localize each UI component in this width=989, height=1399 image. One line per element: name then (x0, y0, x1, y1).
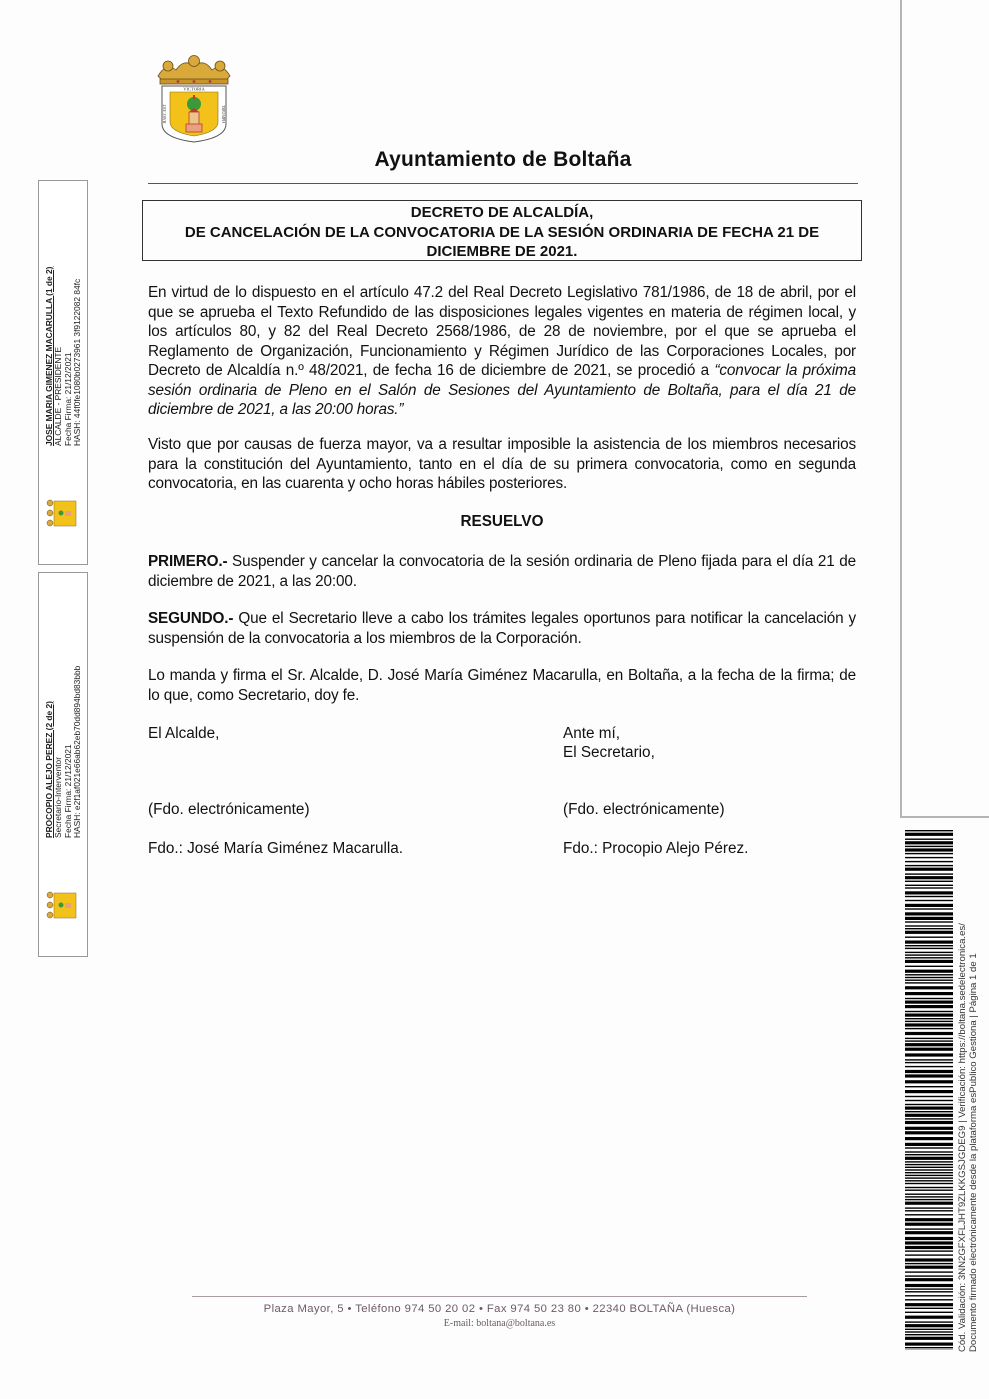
svg-text:HAEC EST: HAEC EST (162, 104, 167, 124)
stamp-crest-icon (45, 493, 81, 533)
mayor-role: El Alcalde, (148, 724, 219, 744)
secretary-role-line-1: Ante mí, (563, 724, 620, 744)
footer-email: E-mail: boltana@boltana.es (192, 1318, 807, 1329)
organization-title: Ayuntamiento de Boltaña (148, 148, 858, 172)
stamp-crest-icon (45, 885, 81, 925)
verification-text: Cód. Validación: 3NN2GFXFLJHT9ZLKKGSJGDE… (957, 923, 979, 1352)
signature-stamp-secretary: PROCOPIO ALEJO PEREZ (2 de 2) Secretario… (38, 572, 88, 957)
stamp-mayor-hash: HASH: 44f0fe1080b0273961 3f9122082 84fc (73, 267, 82, 446)
svg-text:VICTORIA: VICTORIA (183, 87, 205, 92)
footer-address: Plaza Mayor, 5 • Teléfono 974 50 20 02 •… (192, 1303, 807, 1315)
resolution-second-text: Que el Secretario lleve a cabo los trámi… (148, 610, 856, 647)
resolution-second: SEGUNDO.- Que el Secretario lleve a cabo… (148, 609, 856, 648)
mayor-name: Fdo.: José María Giménez Macarulla. (148, 839, 403, 859)
secretary-role-line-2: El Secretario, (563, 743, 655, 763)
decree-title-line-1: DECRETO DE ALCALDÍA, (143, 203, 861, 223)
resolution-first-label: PRIMERO.- (148, 553, 227, 570)
mayor-signed-note: (Fdo. electrónicamente) (148, 800, 310, 820)
validation-barcode (905, 830, 953, 1350)
stamp-mayor-text: JOSE MARIA GIMENEZ MACARULLA (1 de 2) AL… (45, 267, 83, 446)
footer-divider (192, 1296, 807, 1297)
stamp-secretary-hash: HASH: e2f1af021e66ab62eb70dd894bd83bbb (73, 666, 82, 838)
closing-paragraph: Lo manda y firma el Sr. Alcalde, D. José… (148, 666, 856, 705)
verification-code: Cód. Validación: 3NN2GFXFLJHT9ZLKKGSJGDE… (957, 923, 968, 1352)
secretary-signed-note: (Fdo. electrónicamente) (563, 800, 725, 820)
secretary-name: Fdo.: Procopio Alejo Pérez. (563, 839, 748, 859)
decree-title-box: DECRETO DE ALCALDÍA, DE CANCELACIÓN DE L… (142, 200, 862, 261)
coat-of-arms-icon: VICTORIA HAEC EST TRIUMPH (148, 52, 240, 144)
paragraph-force-majeure: Visto que por causas de fuerza mayor, va… (148, 435, 856, 494)
signature-stamp-mayor: JOSE MARIA GIMENEZ MACARULLA (1 de 2) AL… (38, 180, 88, 565)
resolution-first: PRIMERO.- Suspender y cancelar la convoc… (148, 552, 856, 591)
paragraph-legal-basis: En virtud de lo dispuesto en el artículo… (148, 283, 856, 420)
resolution-second-label: SEGUNDO.- (148, 610, 233, 627)
header-divider (148, 183, 858, 184)
verification-platform: Documento firmado electrónicamente desde… (968, 923, 979, 1352)
decree-title-line-3: DICIEMBRE DE 2021. (143, 242, 861, 262)
resolution-first-text: Suspender y cancelar la convocatoria de … (148, 553, 856, 590)
decree-title-line-2: DE CANCELACIÓN DE LA CONVOCATORIA DE LA … (143, 223, 861, 243)
stamp-secretary-text: PROCOPIO ALEJO PEREZ (2 de 2) Secretario… (45, 666, 83, 838)
page-edge-frame (900, 0, 989, 818)
svg-text:TRIUMPH: TRIUMPH (221, 105, 226, 123)
resolution-heading: RESUELVO (148, 513, 856, 531)
